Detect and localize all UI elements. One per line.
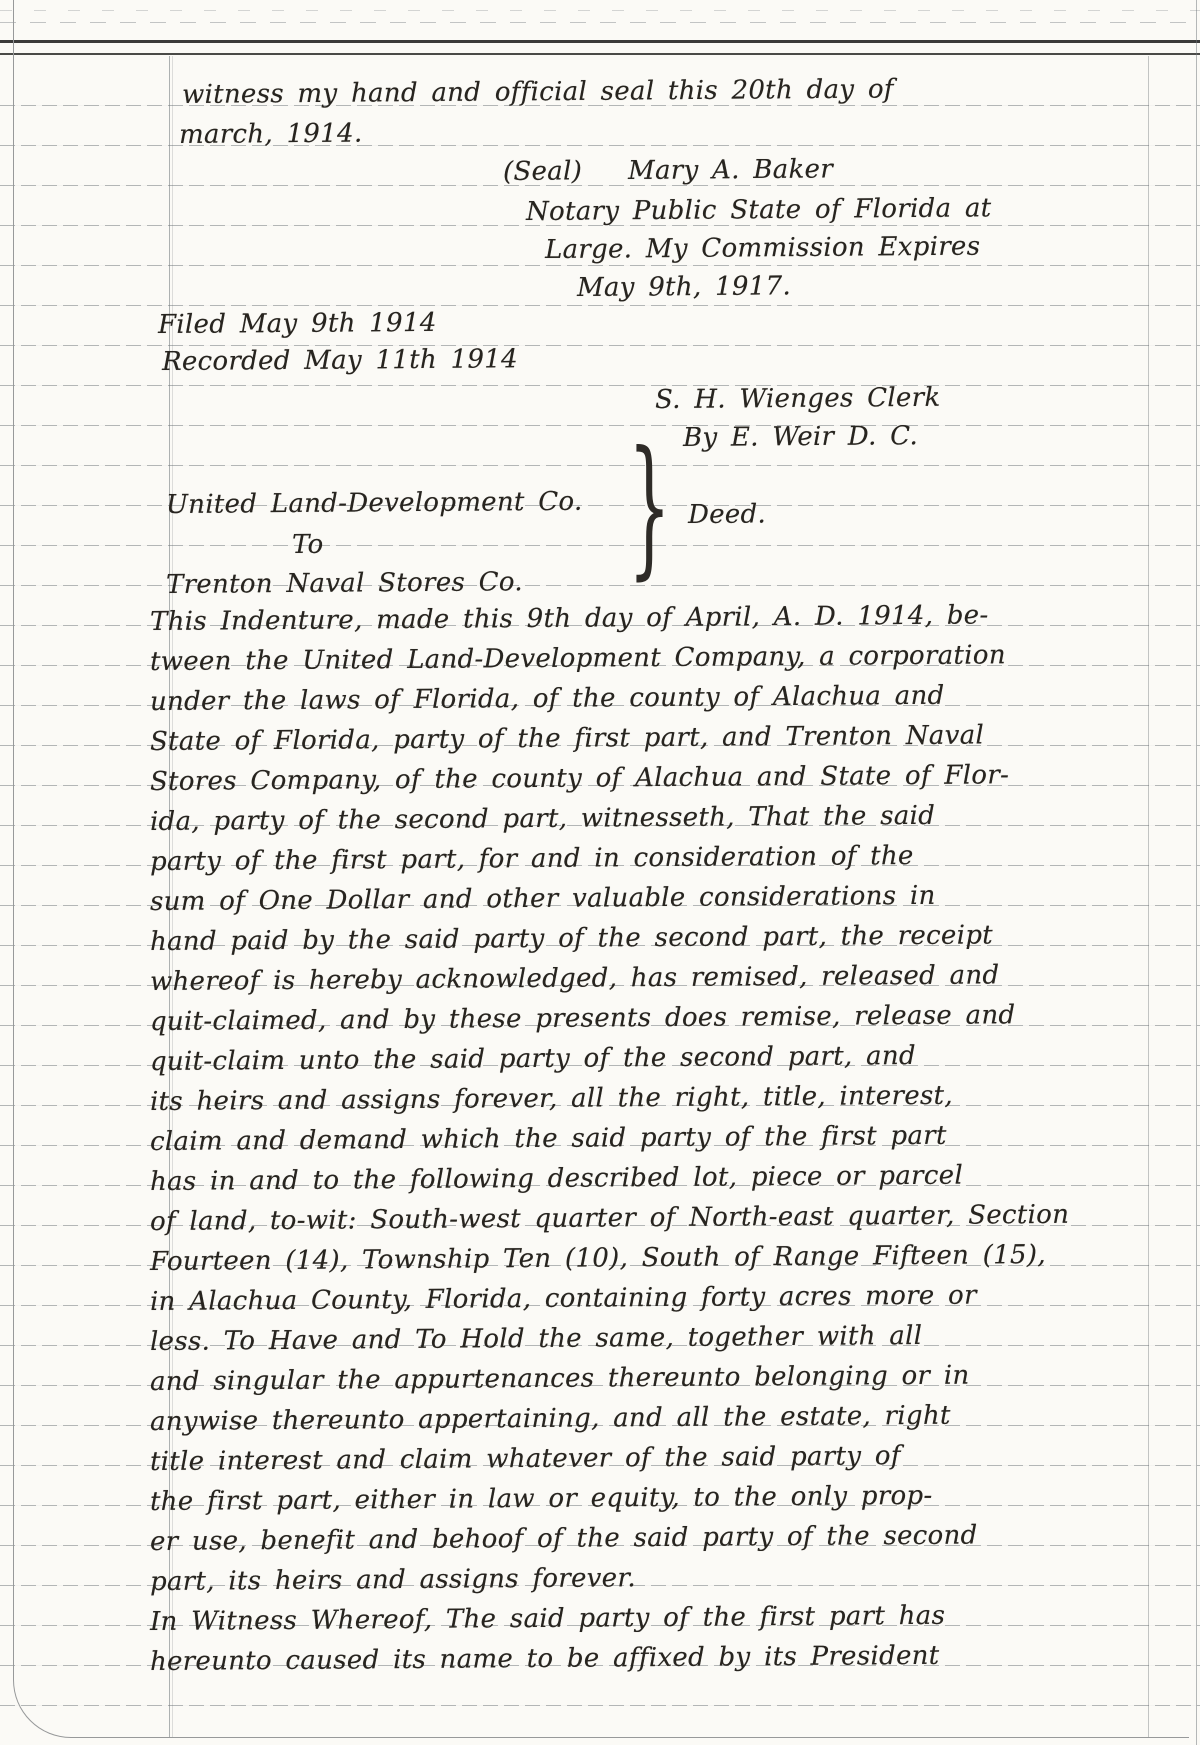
deed-body-line: State of Florida, party of the first par… bbox=[150, 715, 1052, 762]
notary-title-line-1: Notary Public State of Florida at bbox=[526, 188, 992, 232]
grantor-name: United Land-Development Co. bbox=[166, 482, 583, 525]
right-margin-line bbox=[1148, 56, 1149, 1737]
deputy-signature: By E. Weir D. C. bbox=[683, 416, 918, 458]
deed-body-line: has in and to the following described lo… bbox=[150, 1155, 1052, 1202]
notary-title-line-2: Large. My Commission Expires bbox=[545, 227, 981, 270]
deed-body-line: its heirs and assigns forever, all the r… bbox=[150, 1075, 1052, 1122]
notary-line-1: witness my hand and official seal this 2… bbox=[182, 69, 894, 115]
deed-body-line: This Indenture, made this 9th day of Apr… bbox=[150, 595, 1052, 642]
deed-body-line: er use, benefit and behoof of the said p… bbox=[150, 1515, 1052, 1562]
filed-line: Filed May 9th 1914 bbox=[158, 303, 437, 345]
deed-body-line: and singular the appurtenances thereunto… bbox=[150, 1355, 1052, 1402]
to-label: To bbox=[292, 525, 324, 565]
deed-body-line: the first part, either in law or equity,… bbox=[150, 1475, 1052, 1522]
deed-body-line: ida, party of the second part, witnesset… bbox=[150, 795, 1052, 842]
deed-body-line: in Alachua County, Florida, containing f… bbox=[150, 1275, 1052, 1322]
deed-body-line: sum of One Dollar and other valuable con… bbox=[150, 875, 1052, 922]
deed-body-line: under the laws of Florida, of the county… bbox=[150, 675, 1052, 722]
deed-body-line: tween the United Land-Development Compan… bbox=[150, 635, 1052, 682]
seal-label: (Seal) bbox=[503, 156, 582, 187]
caption-brace: } bbox=[628, 448, 671, 566]
deed-body-line: anywise thereunto appertaining, and all … bbox=[150, 1395, 1052, 1442]
notary-line-2: march, 1914. bbox=[179, 114, 363, 155]
deed-book-page: witness my hand and official seal this 2… bbox=[0, 0, 1200, 1745]
deed-body-line: of land, to-wit: South-west quarter of N… bbox=[150, 1195, 1052, 1242]
deed-body-line: Fourteen (14), Township Ten (10), South … bbox=[150, 1235, 1052, 1282]
recorded-line: Recorded May 11th 1914 bbox=[162, 339, 518, 382]
deed-body-line: part, its heirs and assigns forever. bbox=[150, 1555, 1052, 1602]
deed-body-line: claim and demand which the said party of… bbox=[150, 1115, 1052, 1162]
deed-body-line: hand paid by the said party of the secon… bbox=[150, 915, 1052, 962]
deed-body-line: title interest and claim whatever of the… bbox=[150, 1435, 1052, 1482]
deed-body-line: In Witness Whereof, The said party of th… bbox=[150, 1595, 1052, 1642]
deed-body-line: quit-claim unto the said party of the se… bbox=[150, 1035, 1052, 1082]
deed-body-line: whereof is hereby acknowledged, has remi… bbox=[150, 955, 1052, 1002]
instrument-label: Deed. bbox=[688, 494, 766, 535]
notary-name: Mary A. Baker bbox=[628, 154, 833, 186]
deed-body-line: less. To Have and To Hold the same, toge… bbox=[150, 1315, 1052, 1362]
notary-title-line-3: May 9th, 1917. bbox=[577, 266, 791, 308]
seal-and-signature-line: (Seal)Mary A. Baker bbox=[503, 149, 833, 192]
deed-body-line: hereunto caused its name to be affixed b… bbox=[150, 1635, 1052, 1682]
right-edge-line bbox=[1196, 0, 1197, 1745]
clerk-signature: S. H. Wienges Clerk bbox=[655, 378, 941, 420]
deed-body-line: Stores Company, of the county of Alachua… bbox=[150, 755, 1052, 802]
deed-body-line: quit-claimed, and by these presents does… bbox=[150, 995, 1052, 1042]
deed-body-text: This Indenture, made this 9th day of Apr… bbox=[150, 602, 1052, 1682]
deed-body-line: party of the first part, for and in cons… bbox=[150, 835, 1052, 882]
